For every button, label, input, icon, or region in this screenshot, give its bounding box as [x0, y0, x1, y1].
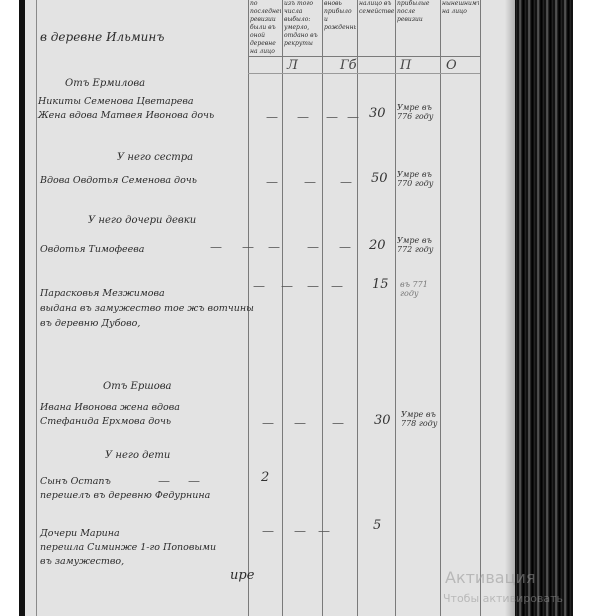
age-value: 20 [369, 238, 386, 253]
column-letter: Гб [340, 58, 357, 73]
entry-heading: У него дочери девки [88, 215, 196, 226]
dash-mark: — [332, 416, 344, 430]
damaged-page-edge [515, 0, 573, 616]
age-value: 30 [374, 413, 391, 428]
entry-heading: Отъ Ермилова [65, 78, 145, 89]
right-white-border [573, 0, 591, 616]
column-divider [395, 0, 396, 616]
dash-mark: — [297, 110, 309, 124]
left-white-border [0, 0, 19, 616]
dash-mark: — [294, 416, 306, 430]
dash-mark: — [307, 240, 319, 254]
status-note: въ 771 году [400, 280, 440, 298]
column-header: по последней ревизии были въ оной деревн… [250, 0, 281, 56]
activation-watermark-title: Активация [445, 568, 535, 587]
entry-line: перешла Симинже 1-го Поповыми [40, 542, 216, 553]
dash-mark: — [340, 175, 352, 189]
entry-heading: У него дети [105, 450, 170, 461]
dash-mark: — [339, 240, 351, 254]
entry-line: Жена вдова Матвея Ивонова дочь [38, 110, 214, 121]
count-value: 2 [261, 470, 269, 485]
entry-line: перешелъ въ деревню Федурнина [40, 490, 210, 501]
dash-mark: — [253, 279, 265, 293]
entry-line: Ивана Ивонова жена вдова [40, 402, 180, 413]
column-header: налицо въ семействе [359, 0, 394, 56]
entry-line: Овдотья Тимофеева [40, 244, 144, 255]
dash-mark: — [347, 110, 359, 124]
letters-rule [248, 73, 480, 74]
status-note: Умре въ 778 году [401, 410, 445, 428]
dash-mark: — [318, 524, 330, 538]
dash-mark: — [266, 110, 278, 124]
dash-mark: — [331, 279, 343, 293]
entry-heading: Отъ Ершова [103, 381, 172, 392]
dash-mark: — [210, 240, 222, 254]
dash-mark: — [304, 175, 316, 189]
dash-mark: — [294, 524, 306, 538]
entry-line: Вдова Овдотья Семенова дочь [40, 175, 197, 186]
entry-heading: У него сестра [117, 152, 193, 163]
column-header: изъ того числа выбыло: умерло, отдано въ… [284, 0, 321, 56]
status-note: Умре въ 770 году [397, 170, 441, 188]
activation-watermark-subtitle: Чтобы активировать [443, 592, 563, 605]
entry-line: Сынъ Остапъ [40, 476, 111, 487]
village-heading: в деревне Ильминъ [40, 30, 164, 44]
dash-mark: — [262, 416, 274, 430]
column-header: прибылые после ревизии [397, 0, 439, 56]
column-letter: П [400, 58, 411, 73]
dash-mark: — [242, 240, 254, 254]
margin-line [36, 0, 37, 616]
age-value: 15 [372, 277, 389, 292]
page-mark: ире [230, 568, 254, 583]
dash-mark: — [266, 175, 278, 189]
dash-mark: — [158, 474, 170, 488]
column-letter: О [446, 58, 457, 73]
entry-line: въ замужество, [40, 556, 124, 567]
dash-mark: — [281, 279, 293, 293]
status-note: Умре въ 772 году [397, 236, 441, 254]
count-value: 5 [373, 518, 381, 533]
dash-mark: — [268, 240, 280, 254]
header-rule [248, 56, 480, 57]
dash-mark: — [326, 110, 338, 124]
dash-mark: — [188, 474, 200, 488]
dash-mark: — [307, 279, 319, 293]
entry-line: Парасковья Мезжимова [40, 288, 165, 299]
dash-mark: — [262, 524, 274, 538]
entry-line: Никиты Семенова Цветарева [38, 96, 194, 107]
column-divider [480, 0, 481, 616]
column-divider [282, 0, 283, 616]
age-value: 50 [371, 171, 388, 186]
column-header: вновь прибыло и рожденныхъ [324, 0, 356, 56]
column-header: нынешнимъ на лицо [442, 0, 479, 56]
column-divider [357, 0, 358, 616]
entry-line: Дочери Марина [40, 528, 120, 539]
status-note: Умре въ 776 году [397, 103, 441, 121]
entry-line: въ деревню Дубово, [40, 318, 140, 329]
entry-line: Стефанида Ерхмова дочь [40, 416, 171, 427]
column-letter: Л [287, 58, 298, 73]
entry-line: выдана въ замужество тое жъ вотчины [40, 303, 254, 314]
age-value: 30 [369, 106, 386, 121]
column-divider [440, 0, 441, 616]
